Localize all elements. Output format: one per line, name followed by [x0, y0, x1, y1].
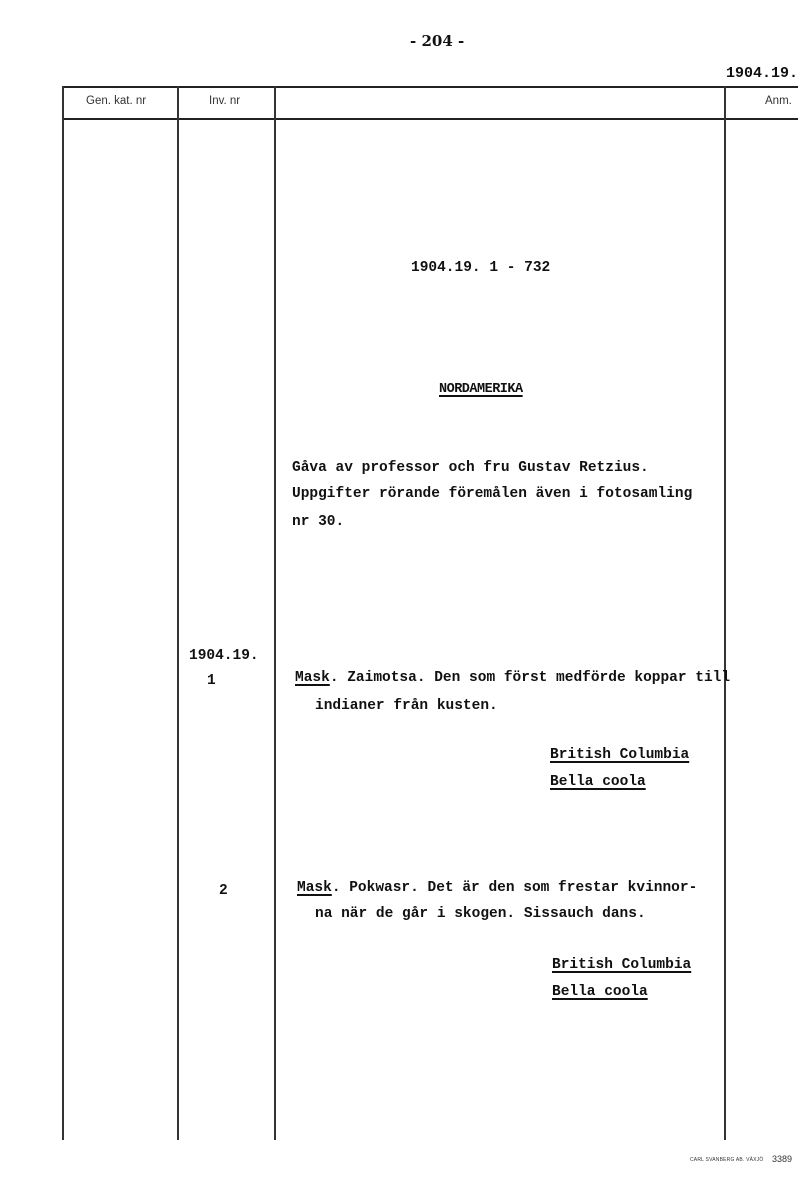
entry-description-line-1: Mask. Pokwasr. Det är den som frestar kv… [297, 880, 697, 896]
column-header-anm: Anm. [765, 95, 792, 107]
location-people: Bella coola [550, 774, 646, 790]
column-divider-desc-anm [724, 86, 726, 1140]
header-bottom-rule [62, 118, 798, 120]
description-text: . Zaimotsa. Den som först medförde koppa… [330, 670, 730, 686]
region-heading: NORDAMERIKA [439, 382, 523, 397]
column-header-gen-kat-nr: Gen. kat. nr [86, 95, 146, 107]
location-region: British Columbia [550, 747, 689, 763]
description-text: . Pokwasr. Det är den som frestar kvinno… [332, 880, 697, 896]
object-type: Mask [295, 670, 330, 686]
collection-range: 1904.19. 1 - 732 [411, 260, 550, 276]
location-people: Bella coola [552, 984, 648, 1000]
inv-number: 2 [219, 883, 228, 899]
location-region: British Columbia [552, 957, 691, 973]
inv-prefix: 1904.19. [189, 648, 259, 664]
column-header-inv-nr: Inv. nr [209, 95, 240, 107]
column-divider-gen-inv [177, 86, 179, 1140]
printer-imprint: CARL SVANBERG AB. VÄXJÖ [690, 1157, 764, 1163]
entry-description-line-1: Mask. Zaimotsa. Den som först medförde k… [295, 670, 730, 686]
column-divider-left-edge [62, 86, 64, 1140]
entry-description-line-2: indianer från kusten. [315, 698, 498, 714]
form-number: 3389 [772, 1154, 792, 1164]
header-top-rule [62, 86, 798, 88]
object-type: Mask [297, 880, 332, 896]
donation-line-2: Uppgifter rörande föremålen även i fotos… [292, 486, 692, 502]
donation-line-3: nr 30. [292, 514, 344, 530]
donation-line-1: Gåva av professor och fru Gustav Retzius… [292, 460, 649, 476]
inv-number: 1 [207, 673, 216, 689]
column-divider-inv-desc [274, 86, 276, 1140]
corner-accession-id: 1904.19. [726, 65, 798, 82]
entry-description-line-2: na när de går i skogen. Sissauch dans. [315, 906, 646, 922]
page-number: - 204 - [410, 32, 464, 50]
